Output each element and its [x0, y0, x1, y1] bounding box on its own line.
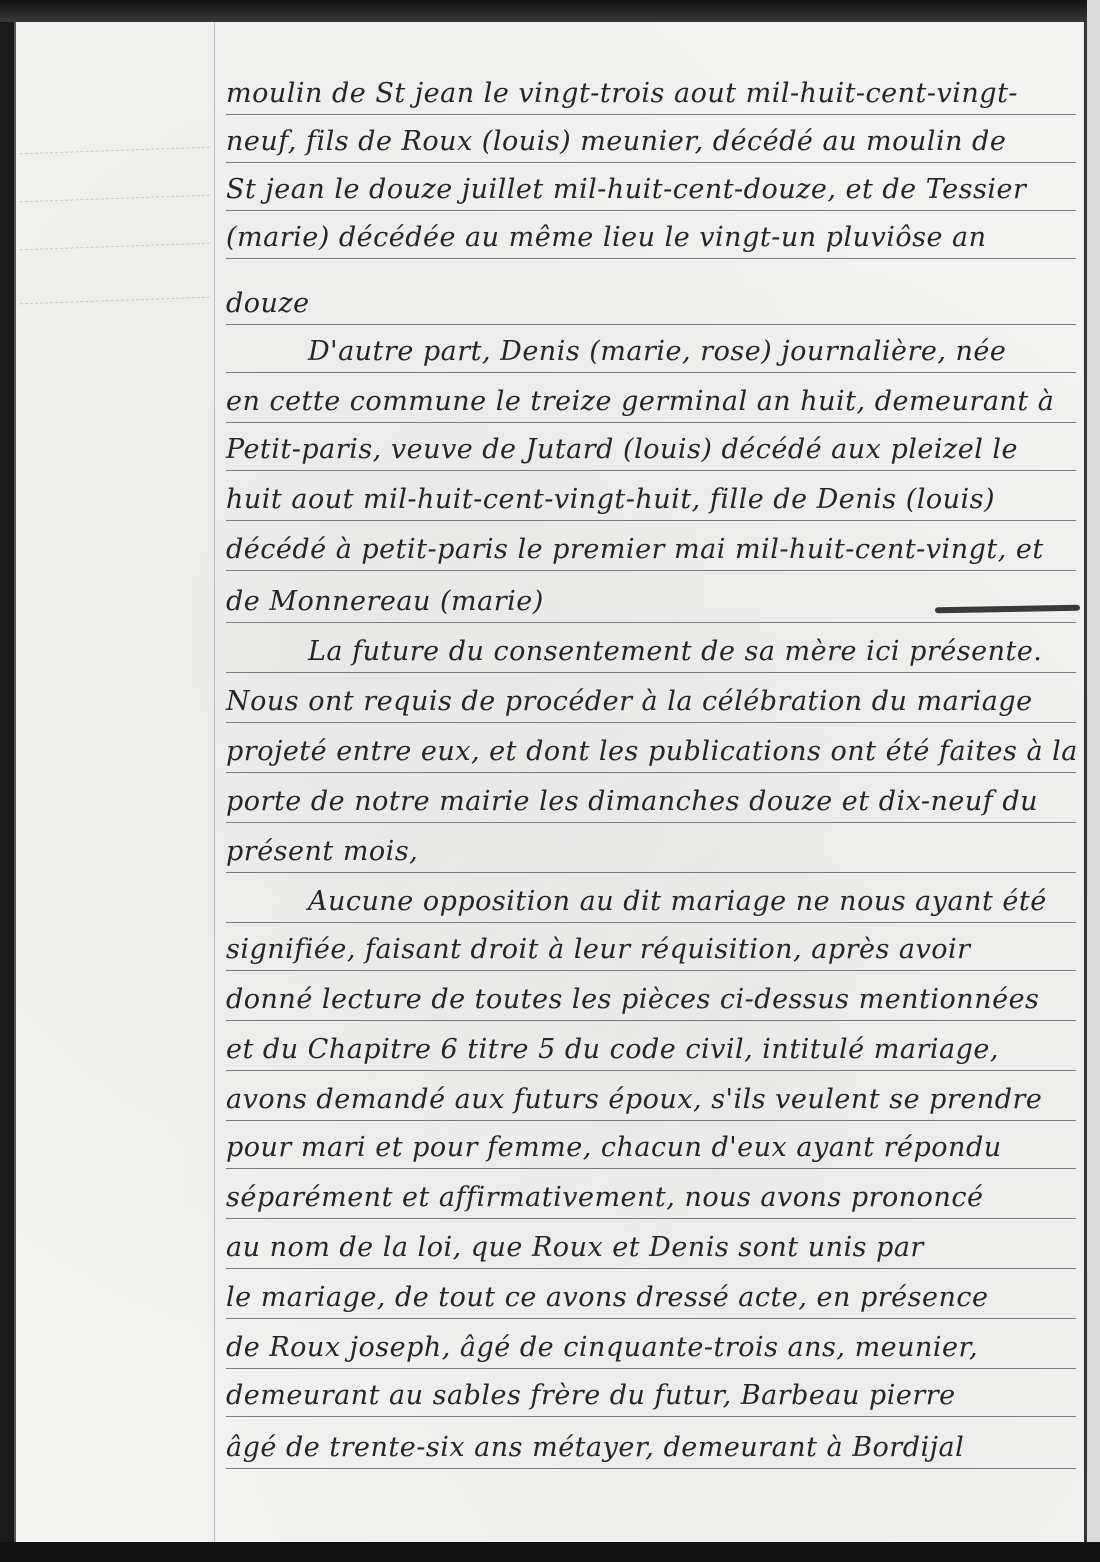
text-line: Nous ont requis de procéder à la célébra… — [226, 682, 1076, 723]
text-line: en cette commune le treize germinal an h… — [226, 382, 1076, 423]
text-line: présent mois, — [226, 832, 1076, 873]
text-line: pour mari et pour femme, chacun d'eux ay… — [226, 1128, 1076, 1169]
text-line: le mariage, de tout ce avons dressé acte… — [226, 1278, 1076, 1319]
text-line: huit aout mil-huit-cent-vingt-huit, fill… — [226, 480, 1076, 521]
text-line: porte de notre mairie les dimanches douz… — [226, 782, 1076, 823]
paragraph-start-line: D'autre part, Denis (marie, rose) journa… — [226, 332, 1076, 373]
text-line: séparément et affirmativement, nous avon… — [226, 1178, 1076, 1219]
text-line: Petit-paris, veuve de Jutard (louis) déc… — [226, 430, 1076, 471]
text-line: demeurant au sables frère du futur, Barb… — [226, 1376, 1076, 1417]
text-line: (marie) décédée au même lieu le vingt-un… — [226, 218, 1076, 259]
text-line: St jean le douze juillet mil-huit-cent-d… — [226, 170, 1076, 211]
text-line: et du Chapitre 6 titre 5 du code civil, … — [226, 1030, 1076, 1071]
text-line: décédé à petit-paris le premier mai mil-… — [226, 530, 1076, 571]
text-line: douze — [226, 284, 1076, 325]
paragraph-start-line: La future du consentement de sa mère ici… — [226, 632, 1076, 673]
text-line: avons demandé aux futurs époux, s'ils ve… — [226, 1080, 1076, 1121]
text-line: donné lecture de toutes les pièces ci-de… — [226, 980, 1076, 1021]
text-line: signifiée, faisant droit à leur réquisit… — [226, 930, 1076, 971]
text-line: âgé de trente-six ans métayer, demeurant… — [226, 1428, 1076, 1469]
text-line: moulin de St jean le vingt-trois aout mi… — [226, 74, 1076, 115]
handwritten-text-block: moulin de St jean le vingt-trois aout mi… — [0, 0, 1100, 1562]
text-line: de Monnereau (marie) — [226, 582, 1076, 623]
document-page: moulin de St jean le vingt-trois aout mi… — [0, 0, 1100, 1562]
paragraph-start-line: Aucune opposition au dit mariage ne nous… — [226, 882, 1076, 923]
text-line: au nom de la loi, que Roux et Denis sont… — [226, 1228, 1076, 1269]
text-line: neuf, fils de Roux (louis) meunier, décé… — [226, 122, 1076, 163]
text-line: projeté entre eux, et dont les publicati… — [226, 732, 1076, 773]
text-line: de Roux joseph, âgé de cinquante-trois a… — [226, 1328, 1076, 1369]
